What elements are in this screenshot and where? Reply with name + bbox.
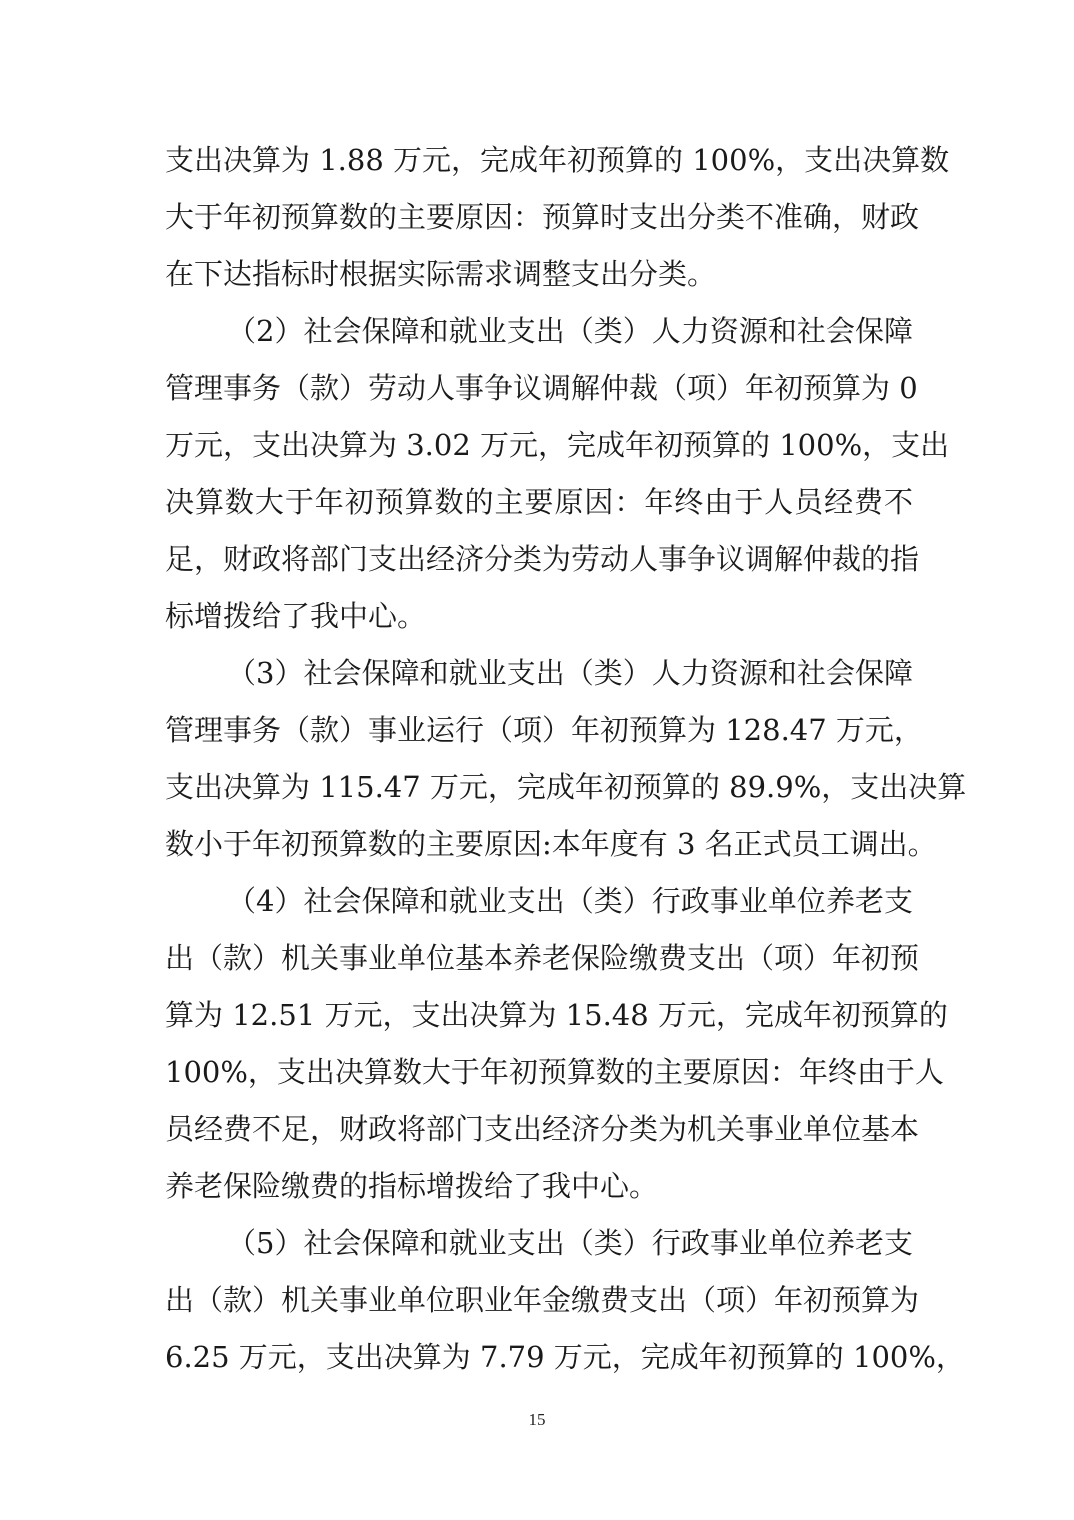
text-line: 大于年初预算数的主要原因：预算时支出分类不准确，财政 — [165, 197, 913, 237]
text-line: 管理事务（款）事业运行（项）年初预算为 128.47 万元， — [165, 710, 913, 750]
text-line: 管理事务（款）劳动人事争议调解仲裁（项）年初预算为 0 — [165, 368, 913, 408]
text-line: 算为 12.51 万元，支出决算为 15.48 万元，完成年初预算的 — [165, 995, 913, 1035]
text-line: （5）社会保障和就业支出（类）行政事业单位养老支 — [227, 1223, 913, 1263]
text-line: 万元，支出决算为 3.02 万元，完成年初预算的 100%，支出 — [165, 425, 913, 465]
text-line: 决算数大于年初预算数的主要原因：年终由于人员经费不 — [165, 482, 913, 522]
text-line: 足，财政将部门支出经济分类为劳动人事争议调解仲裁的指 — [165, 539, 913, 579]
text-line: 数小于年初预算数的主要原因:本年度有 3 名正式员工调出。 — [165, 824, 913, 864]
text-line: 员经费不足，财政将部门支出经济分类为机关事业单位基本 — [165, 1109, 913, 1149]
text-line: 出（款）机关事业单位职业年金缴费支出（项）年初预算为 — [165, 1280, 913, 1320]
text-line: （2）社会保障和就业支出（类）人力资源和社会保障 — [227, 311, 913, 351]
text-line: （4）社会保障和就业支出（类）行政事业单位养老支 — [227, 881, 913, 921]
text-line: 6.25 万元，支出决算为 7.79 万元，完成年初预算的 100%， — [165, 1337, 913, 1377]
text-line: 标增拨给了我中心。 — [165, 596, 913, 636]
text-line: 100%，支出决算数大于年初预算数的主要原因：年终由于人 — [165, 1052, 913, 1092]
page-number: 15 — [0, 1410, 1074, 1430]
document-page: 支出决算为 1.88 万元，完成年初预算的 100%，支出决算数 大于年初预算数… — [0, 0, 1074, 1520]
text-line: 在下达指标时根据实际需求调整支出分类。 — [165, 254, 913, 294]
text-line: 支出决算为 115.47 万元，完成年初预算的 89.9%，支出决算 — [165, 767, 913, 807]
text-line: 支出决算为 1.88 万元，完成年初预算的 100%，支出决算数 — [165, 140, 913, 180]
text-line: （3）社会保障和就业支出（类）人力资源和社会保障 — [227, 653, 913, 693]
text-line: 出（款）机关事业单位基本养老保险缴费支出（项）年初预 — [165, 938, 913, 978]
text-line: 养老保险缴费的指标增拨给了我中心。 — [165, 1166, 913, 1206]
